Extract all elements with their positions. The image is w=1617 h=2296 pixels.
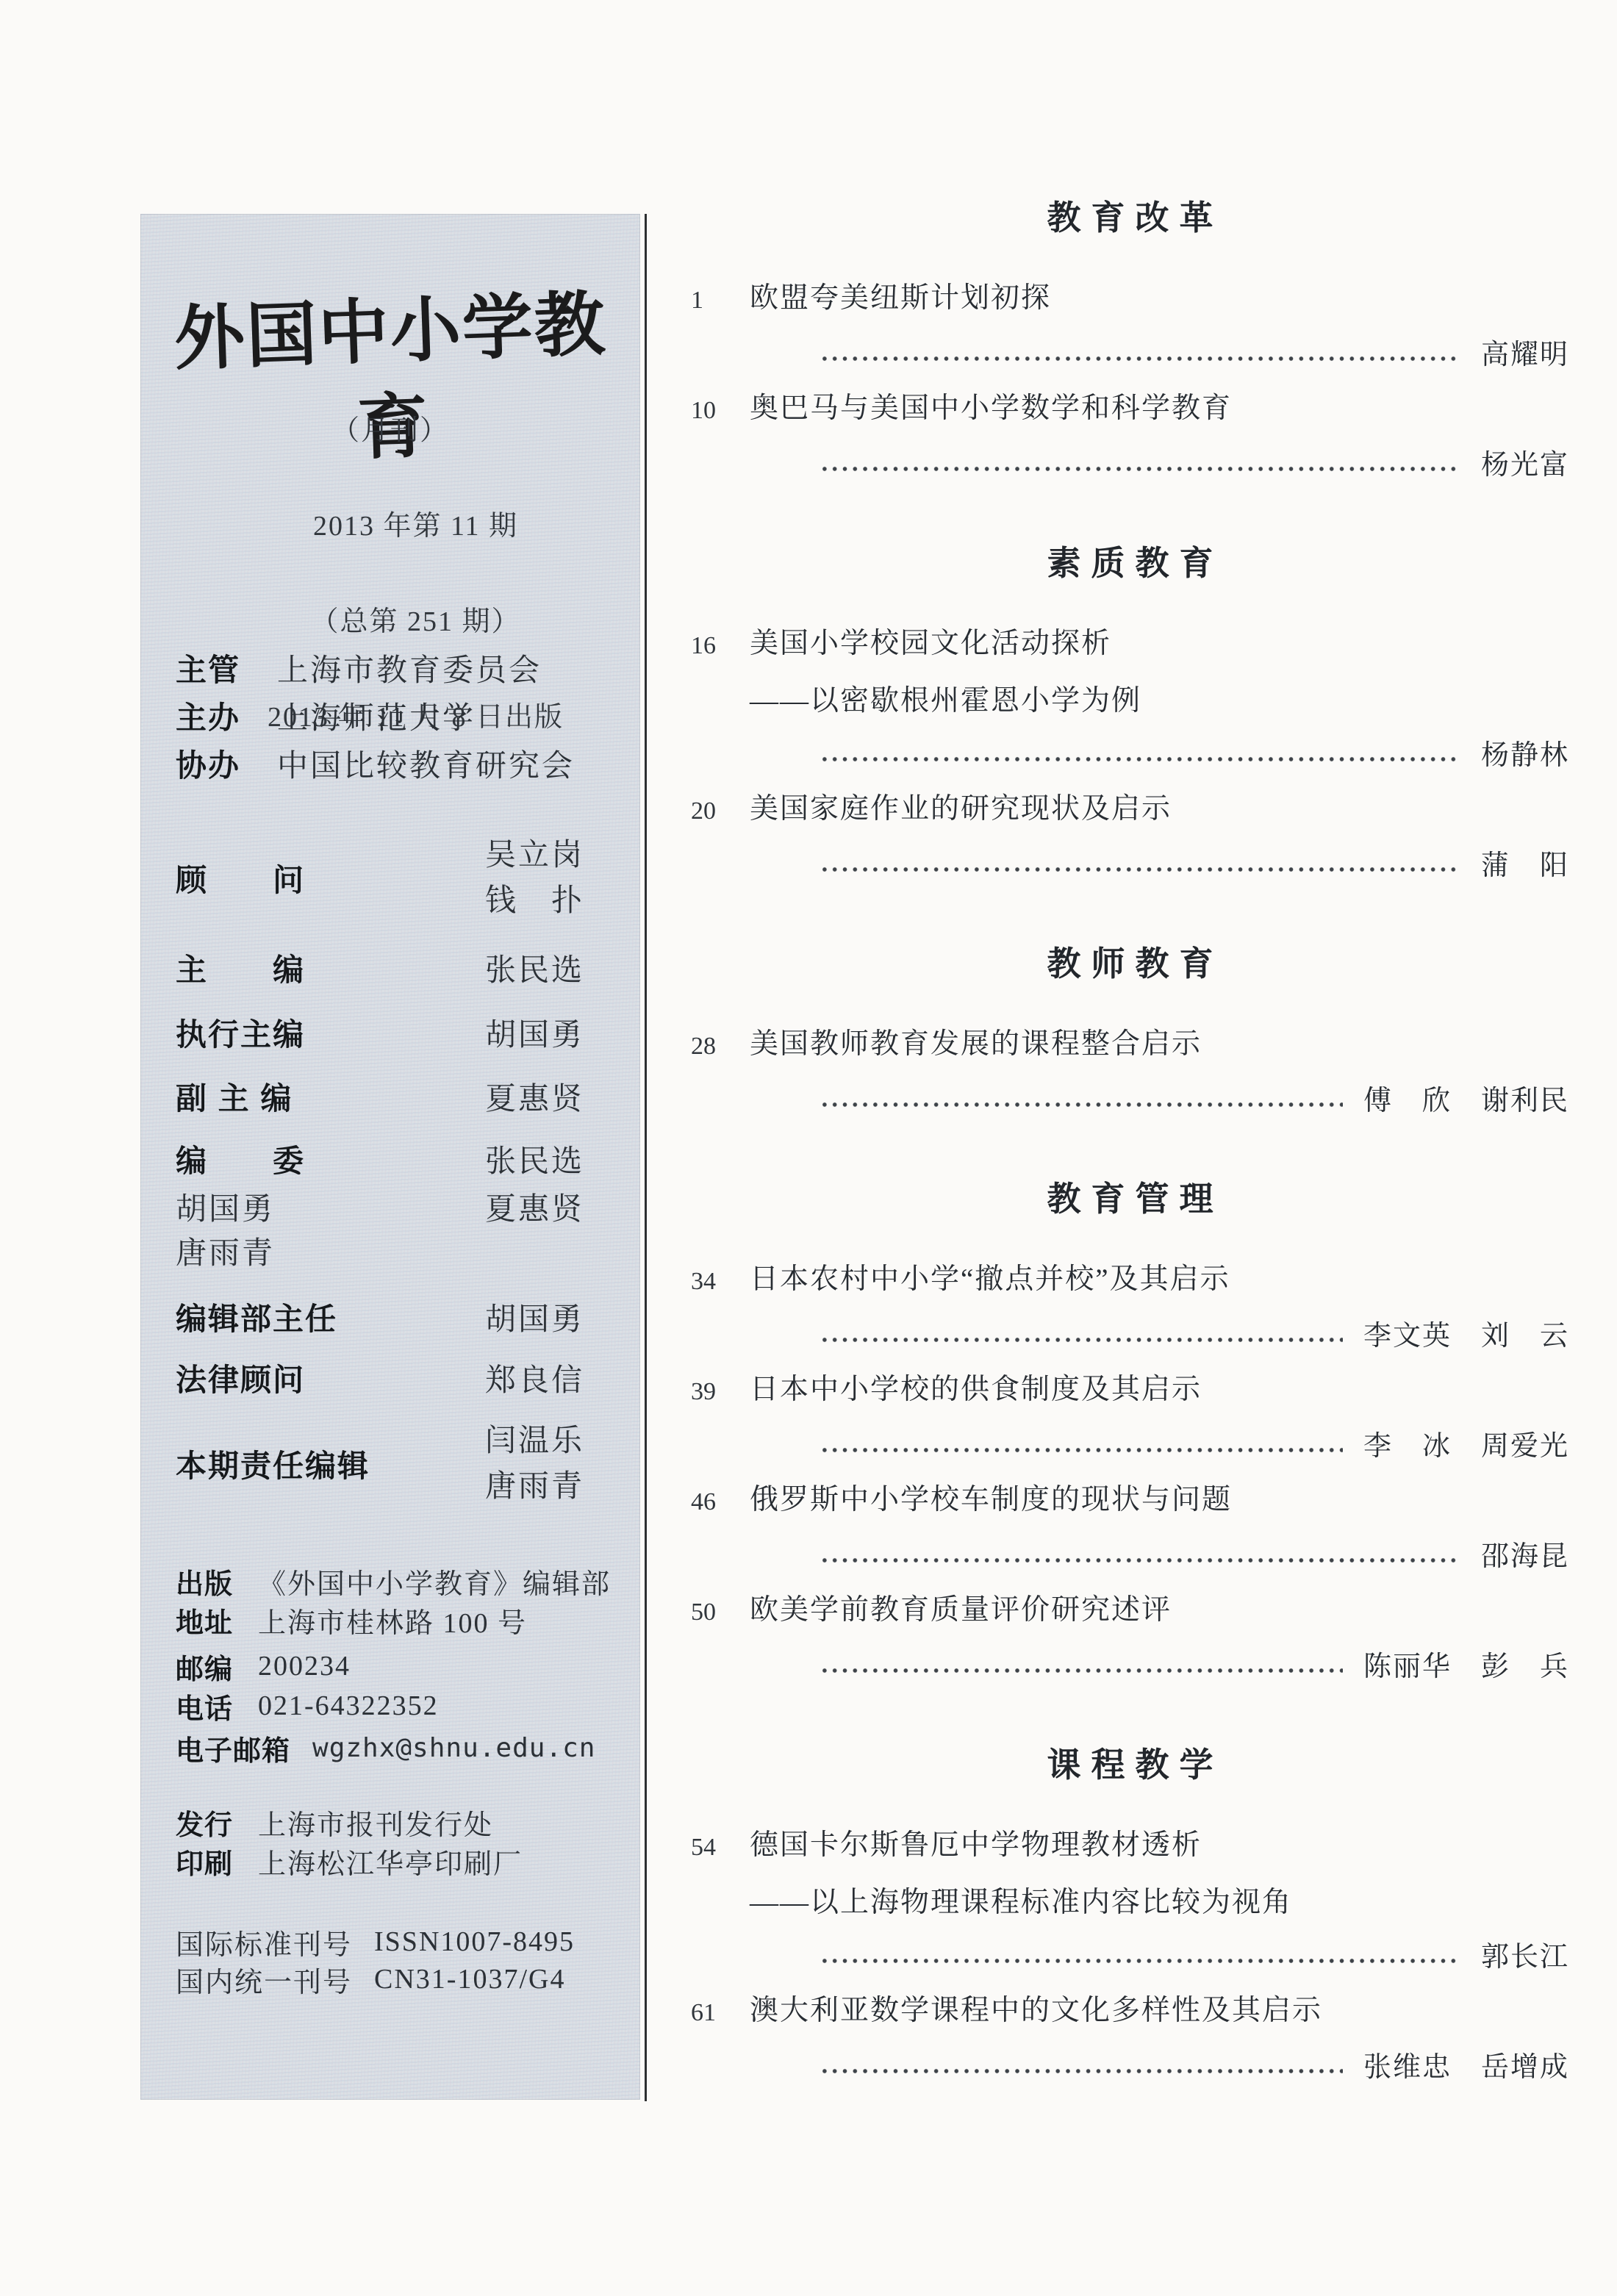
toc-item: 20美国家庭作业的研究现状及启示 蒲 阳 xyxy=(691,786,1569,888)
distribution-row: 发行 上海市报刊发行处 xyxy=(176,1803,584,1841)
section-header: 教育改革 xyxy=(691,195,1569,242)
supervisor-label: 主管 xyxy=(176,646,240,690)
advisor-row: 顾 问 吴立岗 钱 扑 xyxy=(176,833,584,924)
editorial-board-row: 胡国勇 夏惠贤 xyxy=(176,1185,584,1228)
toc-item-title: 欧盟夸美纽斯计划初探 xyxy=(750,276,1569,323)
publisher-row: 出版 《外国中小学教育》编辑部 xyxy=(176,1562,584,1600)
toc-page-number: 46 xyxy=(691,1477,750,1525)
toc-item-authors: 郭长江 xyxy=(1481,1935,1569,1979)
toc-page-number: 1 xyxy=(691,276,750,323)
issue-number: 2013 年第 11 期 xyxy=(313,511,518,542)
cosponsor-value: 中国比较教育研究会 xyxy=(277,742,575,786)
toc-page-number: 34 xyxy=(691,1257,750,1305)
publisher-label: 出版 xyxy=(176,1561,233,1601)
cosponsor-row: 协办 中国比较教育研究会 xyxy=(176,742,584,785)
sponsor-label: 主办 xyxy=(176,694,240,738)
issue-editor-label: 本期责任编辑 xyxy=(176,1442,370,1486)
toc-item: 50欧美学前教育质量评价研究述评 陈丽华 彭 兵 xyxy=(691,1588,1569,1689)
toc-item-subtitle: ——以上海物理课程标准内容比较为视角 xyxy=(691,1880,1569,1926)
dotted-leader xyxy=(820,844,1460,888)
toc-item-title: 美国小学校园文化活动探析 xyxy=(750,621,1569,669)
editorial-board-row: 唐雨青 xyxy=(176,1230,584,1272)
phone-value: 021-64322352 xyxy=(258,1690,439,1722)
section-header: 教育管理 xyxy=(691,1176,1569,1223)
toc-item-title: 欧美学前教育质量评价研究述评 xyxy=(750,1588,1569,1635)
toc-page-number: 39 xyxy=(691,1367,750,1415)
phone-row: 电话 021-64322352 xyxy=(176,1687,584,1725)
executive-editor-row: 执行主编 胡国勇 xyxy=(176,1011,584,1054)
table-of-contents: 教育改革 1欧盟夸美纽斯计划初探 高耀明 10奥巴马与美国中小学数学和科学教育 … xyxy=(691,195,1569,2089)
toc-item: 28美国教师教育发展的课程整合启示 傅 欣 谢利民 xyxy=(691,1022,1569,1123)
toc-item-title: 奥巴马与美国中小学数学和科学教育 xyxy=(750,386,1569,434)
toc-item-authors: 李 冰 周爱光 xyxy=(1363,1424,1569,1468)
cn-number-row: 国内统一刊号 CN31-1037/G4 xyxy=(176,1960,584,1998)
toc-item-authors: 李文英 刘 云 xyxy=(1363,1314,1569,1358)
dotted-leader xyxy=(820,333,1460,377)
toc-item-authors: 杨静林 xyxy=(1481,733,1569,778)
journal-title-calligraphy: 外国中小学教育 xyxy=(139,276,642,389)
toc-item: 39日本中小学校的供食制度及其启示 李 冰 周爱光 xyxy=(691,1367,1569,1468)
email-value: wgzhx@shnu.edu.cn xyxy=(312,1733,595,1763)
toc-page-number: 54 xyxy=(691,1823,750,1870)
advisor-name: 吴立岗 xyxy=(485,833,584,878)
toc-item: 16美国小学校园文化活动探析 ——以密歇根州霍恩小学为例 杨静林 xyxy=(691,621,1569,778)
toc-item-authors: 高耀明 xyxy=(1481,333,1569,377)
toc-item-authors: 傅 欣 谢利民 xyxy=(1363,1079,1569,1123)
deputy-editor-name: 夏惠贤 xyxy=(485,1075,584,1119)
dotted-leader xyxy=(820,1535,1460,1579)
issn-label: 国际标准刊号 xyxy=(176,1922,352,1962)
supervisor-row: 主管 上海市教育委员会 xyxy=(176,647,584,689)
toc-item: 34日本农村中小学“撤点并校”及其启示 李文英 刘 云 xyxy=(691,1257,1569,1358)
sponsor-value: 上海师范大学 xyxy=(277,694,476,738)
legal-advisor-row: 法律顾问 郑良信 xyxy=(176,1357,584,1399)
legal-advisor-name: 郑良信 xyxy=(485,1356,584,1400)
board-member: 夏惠贤 xyxy=(485,1185,584,1229)
chief-editor-label: 主 编 xyxy=(176,946,305,990)
printer-value: 上海松江华亭印刷厂 xyxy=(258,1841,523,1881)
toc-item-authors: 蒲 阳 xyxy=(1481,844,1569,888)
issue-cumulative: （总第 251 期） xyxy=(310,606,520,637)
toc-item: 46俄罗斯中小学校车制度的现状与问题 邵海昆 xyxy=(691,1477,1569,1579)
address-row: 地址 上海市桂林路 100 号 xyxy=(176,1601,584,1639)
toc-item-authors: 邵海昆 xyxy=(1481,1535,1569,1579)
toc-item-title: 德国卡尔斯鲁厄中学物理教材透析 xyxy=(750,1823,1569,1870)
issn-row: 国际标准刊号 ISSN1007-8495 xyxy=(176,1923,584,1961)
cosponsor-label: 协办 xyxy=(176,742,240,786)
deputy-editor-label: 副 主 编 xyxy=(176,1075,293,1119)
toc-item-title: 日本中小学校的供食制度及其启示 xyxy=(750,1367,1569,1415)
phone-label: 电话 xyxy=(176,1686,233,1726)
toc-page-number: 50 xyxy=(691,1588,750,1635)
chief-editor-row: 主 编 张民选 xyxy=(176,947,584,989)
advisor-label: 顾 问 xyxy=(176,856,305,900)
toc-section-education-reform: 教育改革 1欧盟夸美纽斯计划初探 高耀明 10奥巴马与美国中小学数学和科学教育 … xyxy=(691,195,1569,487)
cn-number-label: 国内统一刊号 xyxy=(176,1959,352,2000)
editorial-board-row: 编 委 张民选 xyxy=(176,1138,584,1180)
dotted-leader xyxy=(820,1079,1343,1123)
toc-page-number: 10 xyxy=(691,386,750,434)
toc-item-title: 美国家庭作业的研究现状及启示 xyxy=(750,786,1569,834)
distribution-label: 发行 xyxy=(176,1802,233,1843)
toc-item-title: 俄罗斯中小学校车制度的现状与问题 xyxy=(750,1477,1569,1525)
dotted-leader xyxy=(820,733,1460,778)
masthead-panel: 外国中小学教育 （月刊） 2013 年第 11 期 （总第 251 期） 201… xyxy=(140,214,640,2100)
scanned-contents-page: 外国中小学教育 （月刊） 2013 年第 11 期 （总第 251 期） 201… xyxy=(0,0,1617,2296)
toc-page-number: 20 xyxy=(691,786,750,834)
advisor-names: 吴立岗 钱 扑 xyxy=(485,833,584,924)
vertical-divider-rule xyxy=(645,214,647,2101)
supervisor-value: 上海市教育委员会 xyxy=(277,646,542,690)
zip-value: 200234 xyxy=(258,1650,351,1682)
board-member: 唐雨青 xyxy=(176,1229,275,1273)
deputy-editor-row: 副 主 编 夏惠贤 xyxy=(176,1075,584,1118)
toc-item: 1欧盟夸美纽斯计划初探 高耀明 xyxy=(691,276,1569,377)
email-label: 电子邮箱 xyxy=(176,1728,290,1768)
toc-item-subtitle: ——以密歇根州霍恩小学为例 xyxy=(691,678,1569,724)
dotted-leader xyxy=(820,1935,1460,1979)
editorial-office-name: 胡国勇 xyxy=(485,1295,584,1339)
toc-item-authors: 陈丽华 彭 兵 xyxy=(1363,1645,1569,1689)
toc-section-education-management: 教育管理 34日本农村中小学“撤点并校”及其启示 李文英 刘 云 39日本中小学… xyxy=(691,1176,1569,1689)
toc-item: 61澳大利亚数学课程中的文化多样性及其启示 张维忠 岳增成 xyxy=(691,1988,1569,2089)
toc-page-number: 16 xyxy=(691,621,750,669)
section-header: 素质教育 xyxy=(691,540,1569,587)
board-member: 胡国勇 xyxy=(176,1185,275,1229)
editorial-office-label: 编辑部主任 xyxy=(176,1295,337,1339)
board-member: 张民选 xyxy=(485,1137,584,1181)
sponsor-row: 主办 上海师范大学 xyxy=(176,695,584,737)
address-value: 上海市桂林路 100 号 xyxy=(258,1600,527,1640)
section-header: 课程教学 xyxy=(691,1742,1569,1789)
toc-section-quality-education: 素质教育 16美国小学校园文化活动探析 ——以密歇根州霍恩小学为例 杨静林 20… xyxy=(691,540,1569,888)
toc-item: 10奥巴马与美国中小学数学和科学教育 杨光富 xyxy=(691,386,1569,487)
issn-value: ISSN1007-8495 xyxy=(374,1926,575,1958)
dotted-leader xyxy=(820,1424,1343,1468)
editorial-office-row: 编辑部主任 胡国勇 xyxy=(176,1296,584,1338)
publisher-value: 《外国中小学教育》编辑部 xyxy=(258,1561,611,1601)
toc-page-number: 28 xyxy=(691,1022,750,1069)
toc-section-teacher-education: 教师教育 28美国教师教育发展的课程整合启示 傅 欣 谢利民 xyxy=(691,941,1569,1123)
toc-item-authors: 张维忠 岳增成 xyxy=(1363,2045,1569,2089)
toc-page-number: 61 xyxy=(691,1988,750,2036)
chief-editor-name: 张民选 xyxy=(485,946,584,990)
editorial-board-label: 编 委 xyxy=(176,1137,305,1181)
dotted-leader xyxy=(820,2045,1343,2089)
legal-advisor-label: 法律顾问 xyxy=(176,1356,305,1400)
issue-editor-name: 唐雨青 xyxy=(485,1464,584,1510)
dotted-leader xyxy=(820,443,1460,487)
toc-item-title: 美国教师教育发展的课程整合启示 xyxy=(750,1022,1569,1069)
advisor-name: 钱 扑 xyxy=(485,878,584,924)
dotted-leader xyxy=(820,1645,1343,1689)
issue-frequency: （月刊） xyxy=(331,415,449,446)
section-header: 教师教育 xyxy=(691,941,1569,988)
email-row: 电子邮箱 wgzhx@shnu.edu.cn xyxy=(176,1729,584,1767)
executive-editor-label: 执行主编 xyxy=(176,1011,305,1055)
executive-editor-name: 胡国勇 xyxy=(485,1011,584,1055)
dotted-leader xyxy=(820,1314,1343,1358)
printer-label: 印刷 xyxy=(176,1841,233,1881)
issue-editor-names: 闫温乐 唐雨青 xyxy=(485,1418,584,1510)
zip-row: 邮编 200234 xyxy=(176,1647,584,1685)
toc-item: 54德国卡尔斯鲁厄中学物理教材透析 ——以上海物理课程标准内容比较为视角 郭长江 xyxy=(691,1823,1569,1979)
toc-item-title: 日本农村中小学“撤点并校”及其启示 xyxy=(750,1257,1569,1305)
issue-editor-row: 本期责任编辑 闫温乐 唐雨青 xyxy=(176,1419,584,1509)
printer-row: 印刷 上海松江华亭印刷厂 xyxy=(176,1842,584,1880)
toc-item-title: 澳大利亚数学课程中的文化多样性及其启示 xyxy=(750,1988,1569,2036)
address-label: 地址 xyxy=(176,1600,233,1640)
zip-label: 邮编 xyxy=(176,1646,233,1687)
issue-editor-name: 闫温乐 xyxy=(485,1418,584,1464)
toc-item-authors: 杨光富 xyxy=(1481,443,1569,487)
distribution-value: 上海市报刊发行处 xyxy=(258,1802,493,1843)
toc-section-curriculum-teaching: 课程教学 54德国卡尔斯鲁厄中学物理教材透析 ——以上海物理课程标准内容比较为视… xyxy=(691,1742,1569,2089)
cn-number-value: CN31-1037/G4 xyxy=(374,1963,565,1995)
